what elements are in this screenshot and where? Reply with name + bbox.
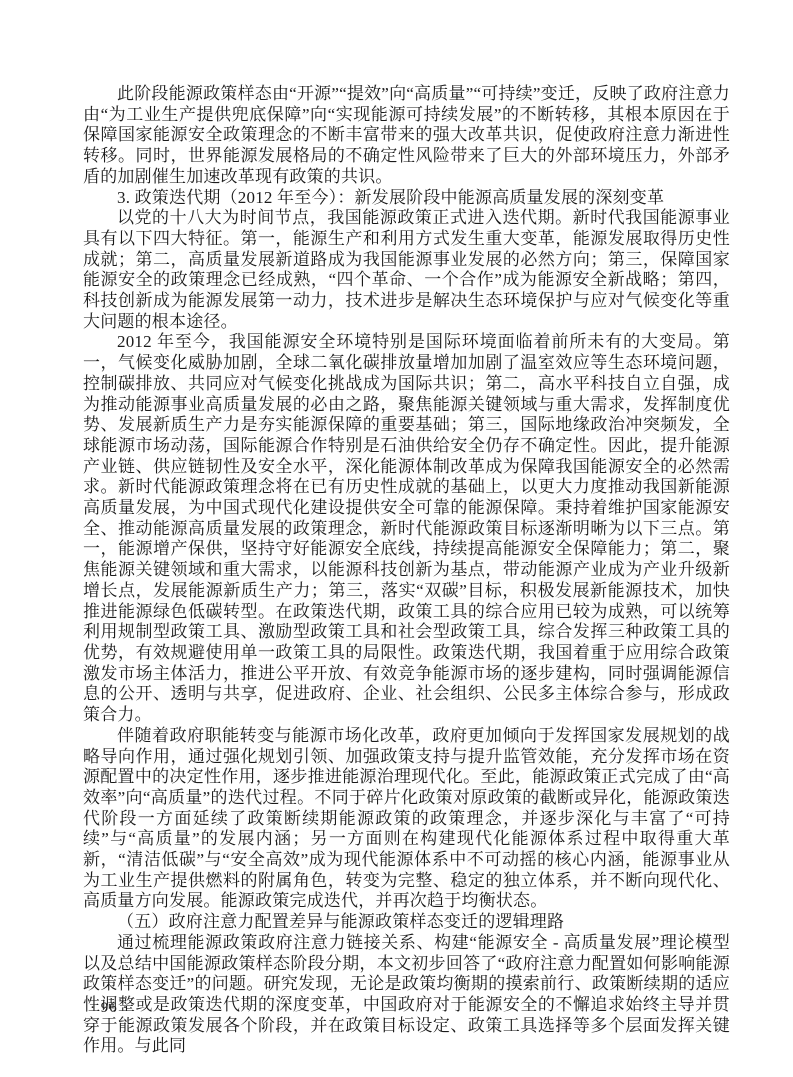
body-paragraph: 2012 年至今，我国能源安全环境特别是国际环境面临着前所未有的大变局。第一，气… <box>83 332 730 725</box>
body-paragraph: 伴随着政府职能转变与能源市场化改革，政府更加倾向于发挥国家发展规划的战略导向作用… <box>83 726 730 912</box>
document-page: 此阶段能源政策样态由“开源”“提效”向“高质量”“可持续”变迁，反映了政府注意力… <box>0 0 793 1077</box>
body-paragraph: 此阶段能源政策样态由“开源”“提效”向“高质量”“可持续”变迁，反映了政府注意力… <box>83 84 730 188</box>
text-block: 此阶段能源政策样态由“开源”“提效”向“高质量”“可持续”变迁，反映了政府注意力… <box>83 84 730 1057</box>
body-paragraph: 通过梳理能源政策政府注意力链接关系、构建“能源安全 - 高质量发展”理论模型以及… <box>83 933 730 1057</box>
subsection-heading-policy-iteration-period: 3. 政策迭代期（2012 年至今）：新发展阶段中能源高质量发展的深刻变革 <box>83 188 730 209</box>
body-paragraph: 以党的十八大为时间节点，我国能源政策正式进入迭代期。新时代我国能源事业具有以下四… <box>83 208 730 332</box>
section-heading-attention-allocation-logic: （五）政府注意力配置差异与能源政策样态变迁的逻辑理路 <box>83 912 730 933</box>
page-number: · 96 · <box>90 998 129 1018</box>
